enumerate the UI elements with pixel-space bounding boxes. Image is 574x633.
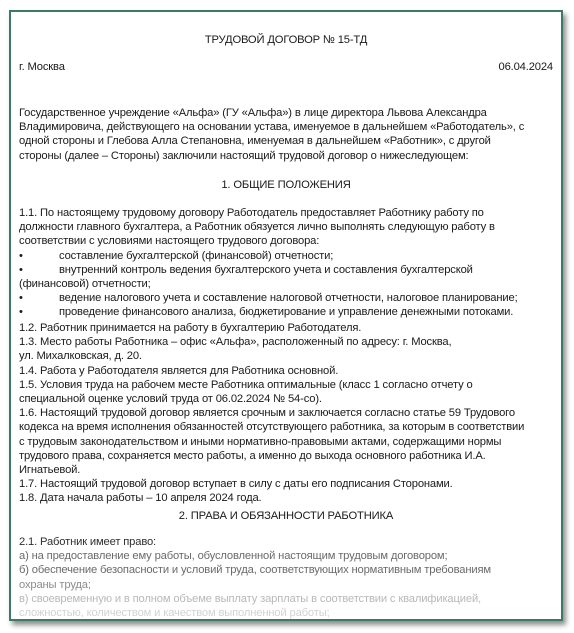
clause-line: 2.1. Работник имеет право: <box>19 535 553 549</box>
clause-line: соответствии с условиями настоящего труд… <box>19 234 553 248</box>
list-item-text: ведение налогового учета и составление н… <box>59 292 518 304</box>
bullet-icon: • <box>19 291 59 305</box>
clause-line: 1.4. Работа у Работодателя является для … <box>19 364 553 378</box>
document-page: ТРУДОВОЙ ДОГОВОР № 15-ТД г. Москва 06.04… <box>9 10 563 621</box>
clause-line: Игнатьевой. <box>19 463 553 477</box>
clause-line: ул. Михалковская, д. 20. <box>19 349 553 363</box>
clause-1-1: 1.1. По настоящему трудовому договору Ра… <box>19 206 553 320</box>
list-item-text: внутренний контроль ведения бухгалтерско… <box>59 264 473 276</box>
section-2-body: 2.1. Работник имеет право: а) на предост… <box>19 535 553 621</box>
clause-line: г) полную и достоверную информацию об ус… <box>19 620 553 621</box>
list-item-continuation: (финансовой) отчетности; <box>19 277 553 291</box>
clause-line: трудового права, сохраняется место работ… <box>19 449 553 463</box>
clause-line: охраны труда; <box>19 578 553 592</box>
clause-line: 1.3. Место работы Работника – офис «Альф… <box>19 335 553 349</box>
preamble: Государственное учреждение «Альфа» (ГУ «… <box>19 106 553 163</box>
bullet-icon: • <box>19 263 59 277</box>
clauses-1-2-to-1-8: 1.2. Работник принимается на работу в бу… <box>19 321 553 506</box>
clause-line: кодекса на время исполнения обязанностей… <box>19 420 553 434</box>
section-1-heading: 1. ОБЩИЕ ПОЛОЖЕНИЯ <box>19 178 553 192</box>
clause-line: 1.8. Дата начала работы – 10 апреля 2024… <box>19 491 553 505</box>
preamble-line: стороны (далее – Стороны) заключили наст… <box>19 149 553 163</box>
document-date: 06.04.2024 <box>499 60 554 74</box>
document-title: ТРУДОВОЙ ДОГОВОР № 15-ТД <box>19 33 553 47</box>
clause-line: сложностью, количеством и качеством выпо… <box>19 606 553 620</box>
duties-list: •составление бухгалтерской (финансовой) … <box>19 249 553 320</box>
clause-line: б) обеспечение безопасности и условий тр… <box>19 563 553 577</box>
clause-line: должности главного бухгалтера, а Работни… <box>19 220 553 234</box>
list-item-text: составление бухгалтерской (финансовой) о… <box>59 250 333 262</box>
list-item: •составление бухгалтерской (финансовой) … <box>19 249 553 263</box>
clause-line: 1.1. По настоящему трудовому договору Ра… <box>19 206 553 220</box>
document-city: г. Москва <box>19 60 65 74</box>
clause-line: 1.5. Условия труда на рабочем месте Рабо… <box>19 378 553 392</box>
preamble-line: одной стороны и Глебова Алла Степановна,… <box>19 134 553 148</box>
clause-line: 1.6. Настоящий трудовой договор является… <box>19 406 553 420</box>
clause-line: а) на предоставление ему работы, обуслов… <box>19 549 553 563</box>
bullet-icon: • <box>19 249 59 263</box>
list-item: •ведение налогового учета и составление … <box>19 291 553 305</box>
clause-line: в) своевременную и в полном объеме выпла… <box>19 592 553 606</box>
clause-line: специальной оценке условий труда от 06.0… <box>19 392 553 406</box>
bullet-icon: • <box>19 305 59 319</box>
preamble-line: Государственное учреждение «Альфа» (ГУ «… <box>19 106 553 120</box>
clause-line: с трудовым законодательством и иными нор… <box>19 435 553 449</box>
list-item: •внутренний контроль ведения бухгалтерск… <box>19 263 553 277</box>
list-item-text: проведение финансового анализа, бюджетир… <box>59 306 513 318</box>
section-2-heading: 2. ПРАВА И ОБЯЗАННОСТИ РАБОТНИКА <box>19 509 553 523</box>
list-item: •проведение финансового анализа, бюджети… <box>19 305 553 319</box>
clause-line: 1.2. Работник принимается на работу в бу… <box>19 321 553 335</box>
preamble-line: Владимировича, действующего на основании… <box>19 120 553 134</box>
clause-line: 1.7. Настоящий трудовой договор вступает… <box>19 477 553 491</box>
